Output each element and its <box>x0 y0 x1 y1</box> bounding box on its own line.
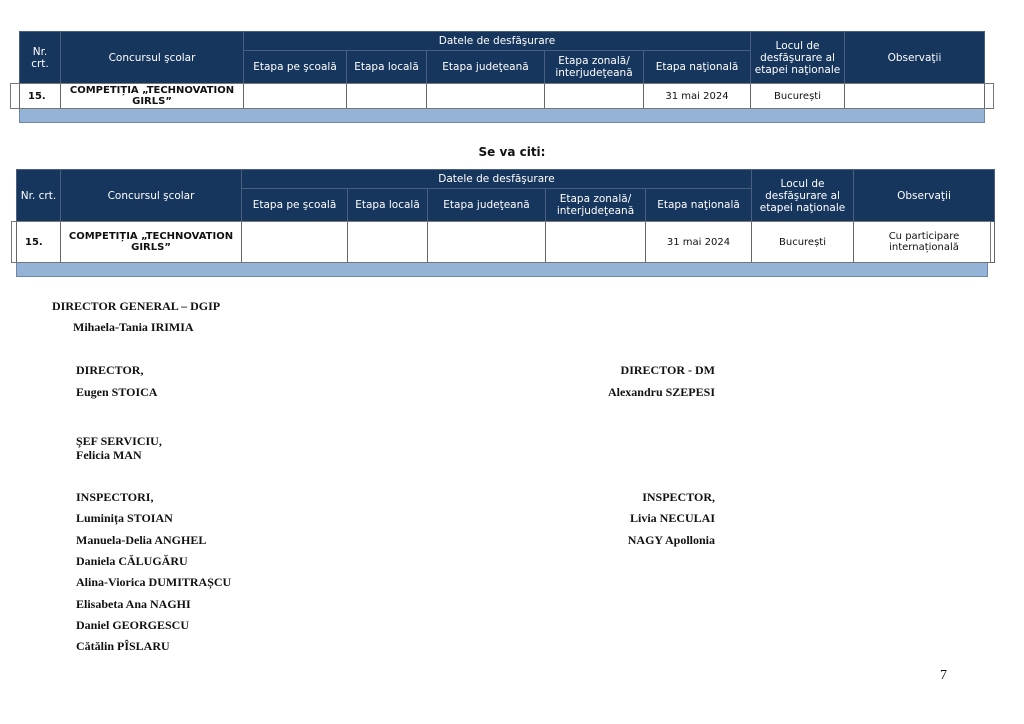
cell-etapa-scoala <box>242 222 348 263</box>
director-general-title: DIRECTOR GENERAL – DGIP <box>52 299 220 314</box>
director-title: DIRECTOR, <box>76 363 143 378</box>
inspector-name: Manuela-Delia ANGHEL <box>76 533 206 548</box>
inspector-title: INSPECTOR, <box>642 490 715 505</box>
cell-observatii: Cu participare internațională <box>854 222 995 263</box>
footer-bar <box>16 263 988 277</box>
header-concurs: Concursul şcolar <box>61 32 244 84</box>
corrected-table-grid: Nr. crt. Concursul şcolar Datele de desf… <box>16 169 995 263</box>
director-dm-name: Alexandru SZEPESI <box>608 385 715 400</box>
corrected-table: Nr. crt. Concursul şcolar Datele de desf… <box>16 169 995 263</box>
header-observatii: Observaţii <box>854 170 995 222</box>
table-row: 15. COMPETIȚIA „TECHNOVATION GIRLS” 31 m… <box>17 222 995 263</box>
cell-etapa-zonala <box>545 84 644 109</box>
table-row: 15. COMPETIȚIA „TECHNOVATION GIRLS” 31 m… <box>20 84 985 109</box>
header-etapa-scoala: Etapa pe şcoală <box>244 51 347 84</box>
header-concurs: Concursul şcolar <box>61 170 242 222</box>
original-table-grid: Nr. crt. Concursul şcolar Datele de desf… <box>19 31 985 109</box>
original-table: Nr. crt. Concursul şcolar Datele de desf… <box>19 31 985 109</box>
correction-heading: Se va citi: <box>0 145 1024 159</box>
header-locul: Locul de desfăşurare al etapei naţionale <box>751 32 845 84</box>
inspector-name: Luminița STOIAN <box>76 511 173 526</box>
header-etapa-judeteana: Etapa judeţeană <box>427 51 545 84</box>
cell-etapa-scoala <box>244 84 347 109</box>
header-nr: Nr. crt. <box>17 170 61 222</box>
inspector-name: Elisabeta Ana NAGHI <box>76 597 191 612</box>
header-etapa-locala: Etapa locală <box>347 51 427 84</box>
cell-etapa-judeteana <box>427 84 545 109</box>
director-general-name: Mihaela-Tania IRIMIA <box>73 320 194 335</box>
inspector-name: Daniel GEORGESCU <box>76 618 189 633</box>
sef-serviciu-name: Felicia MAN <box>76 448 142 463</box>
cell-locul: București <box>752 222 854 263</box>
cell-nr: 15. <box>20 84 61 109</box>
header-etapa-locala: Etapa locală <box>348 189 428 222</box>
cell-etapa-judeteana <box>428 222 546 263</box>
cell-concurs: COMPETIȚIA „TECHNOVATION GIRLS” <box>61 222 242 263</box>
cell-etapa-nationala: 31 mai 2024 <box>646 222 752 263</box>
director-name: Eugen STOICA <box>76 385 157 400</box>
header-group-dates: Datele de desfăşurare <box>244 32 751 51</box>
inspector-name: Alina-Viorica DUMITRAȘCU <box>76 575 231 590</box>
header-etapa-judeteana: Etapa judeţeană <box>428 189 546 222</box>
cell-etapa-locala <box>347 84 427 109</box>
inspectori-title: INSPECTORI, <box>76 490 153 505</box>
cell-locul: București <box>751 84 845 109</box>
header-locul: Locul de desfăşurare al etapei naţionale <box>752 170 854 222</box>
header-etapa-scoala: Etapa pe şcoală <box>242 189 348 222</box>
inspector-name: Daniela CĂLUGĂRU <box>76 554 188 569</box>
cell-etapa-nationala: 31 mai 2024 <box>644 84 751 109</box>
header-observatii: Observaţii <box>845 32 985 84</box>
cell-concurs: COMPETIȚIA „TECHNOVATION GIRLS” <box>61 84 244 109</box>
header-nr: Nr. crt. <box>20 32 61 84</box>
inspector-name-right: Livia NECULAI <box>630 511 715 526</box>
header-etapa-nationala: Etapa naţională <box>644 51 751 84</box>
header-etapa-nationala: Etapa naţională <box>646 189 752 222</box>
cell-etapa-locala <box>348 222 428 263</box>
sef-serviciu-title: ŞEF SERVICIU, <box>76 434 162 449</box>
cell-nr: 15. <box>17 222 61 263</box>
header-group-dates: Datele de desfăşurare <box>242 170 752 189</box>
header-etapa-zonala: Etapa zonală/ interjudeţeană <box>545 51 644 84</box>
header-etapa-zonala: Etapa zonală/ interjudeţeană <box>546 189 646 222</box>
footer-bar <box>19 109 985 123</box>
cell-etapa-zonala <box>546 222 646 263</box>
cell-observatii <box>845 84 985 109</box>
inspector-name-right: NAGY Apollonia <box>628 533 715 548</box>
director-dm-title: DIRECTOR - DM <box>621 363 715 378</box>
page-number: 7 <box>940 668 947 684</box>
inspector-name: Cătălin PÎSLARU <box>76 639 170 654</box>
